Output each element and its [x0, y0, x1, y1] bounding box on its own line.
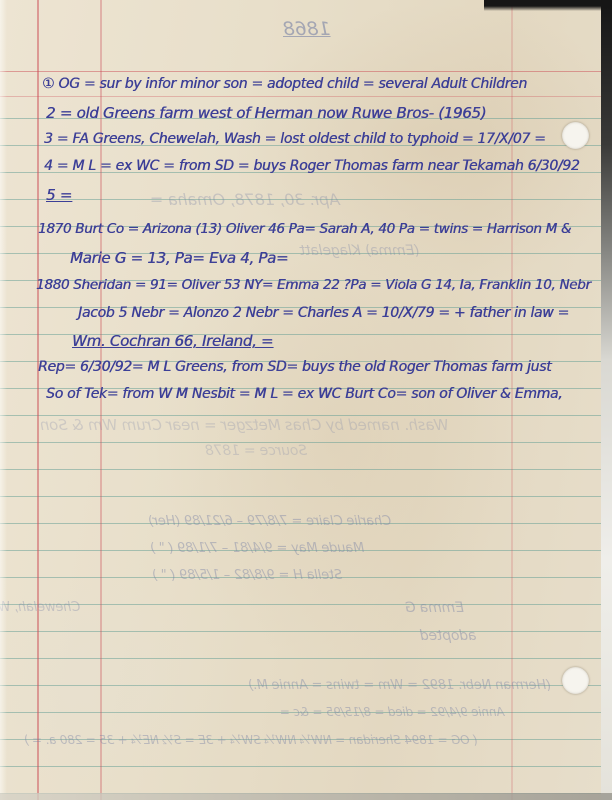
scanned-document-page: 1868Apr. 30, 1878, Omaha =(Emma) Klagela…: [0, 0, 612, 800]
artifacts-layer: [0, 0, 612, 800]
paper-left-edge: [0, 0, 7, 800]
hole-punch: [562, 122, 589, 149]
scan-right-edge: [601, 0, 612, 800]
scan-bottom-edge: [0, 793, 612, 800]
scan-top-edge: [484, 0, 612, 11]
hole-punch: [562, 667, 589, 694]
